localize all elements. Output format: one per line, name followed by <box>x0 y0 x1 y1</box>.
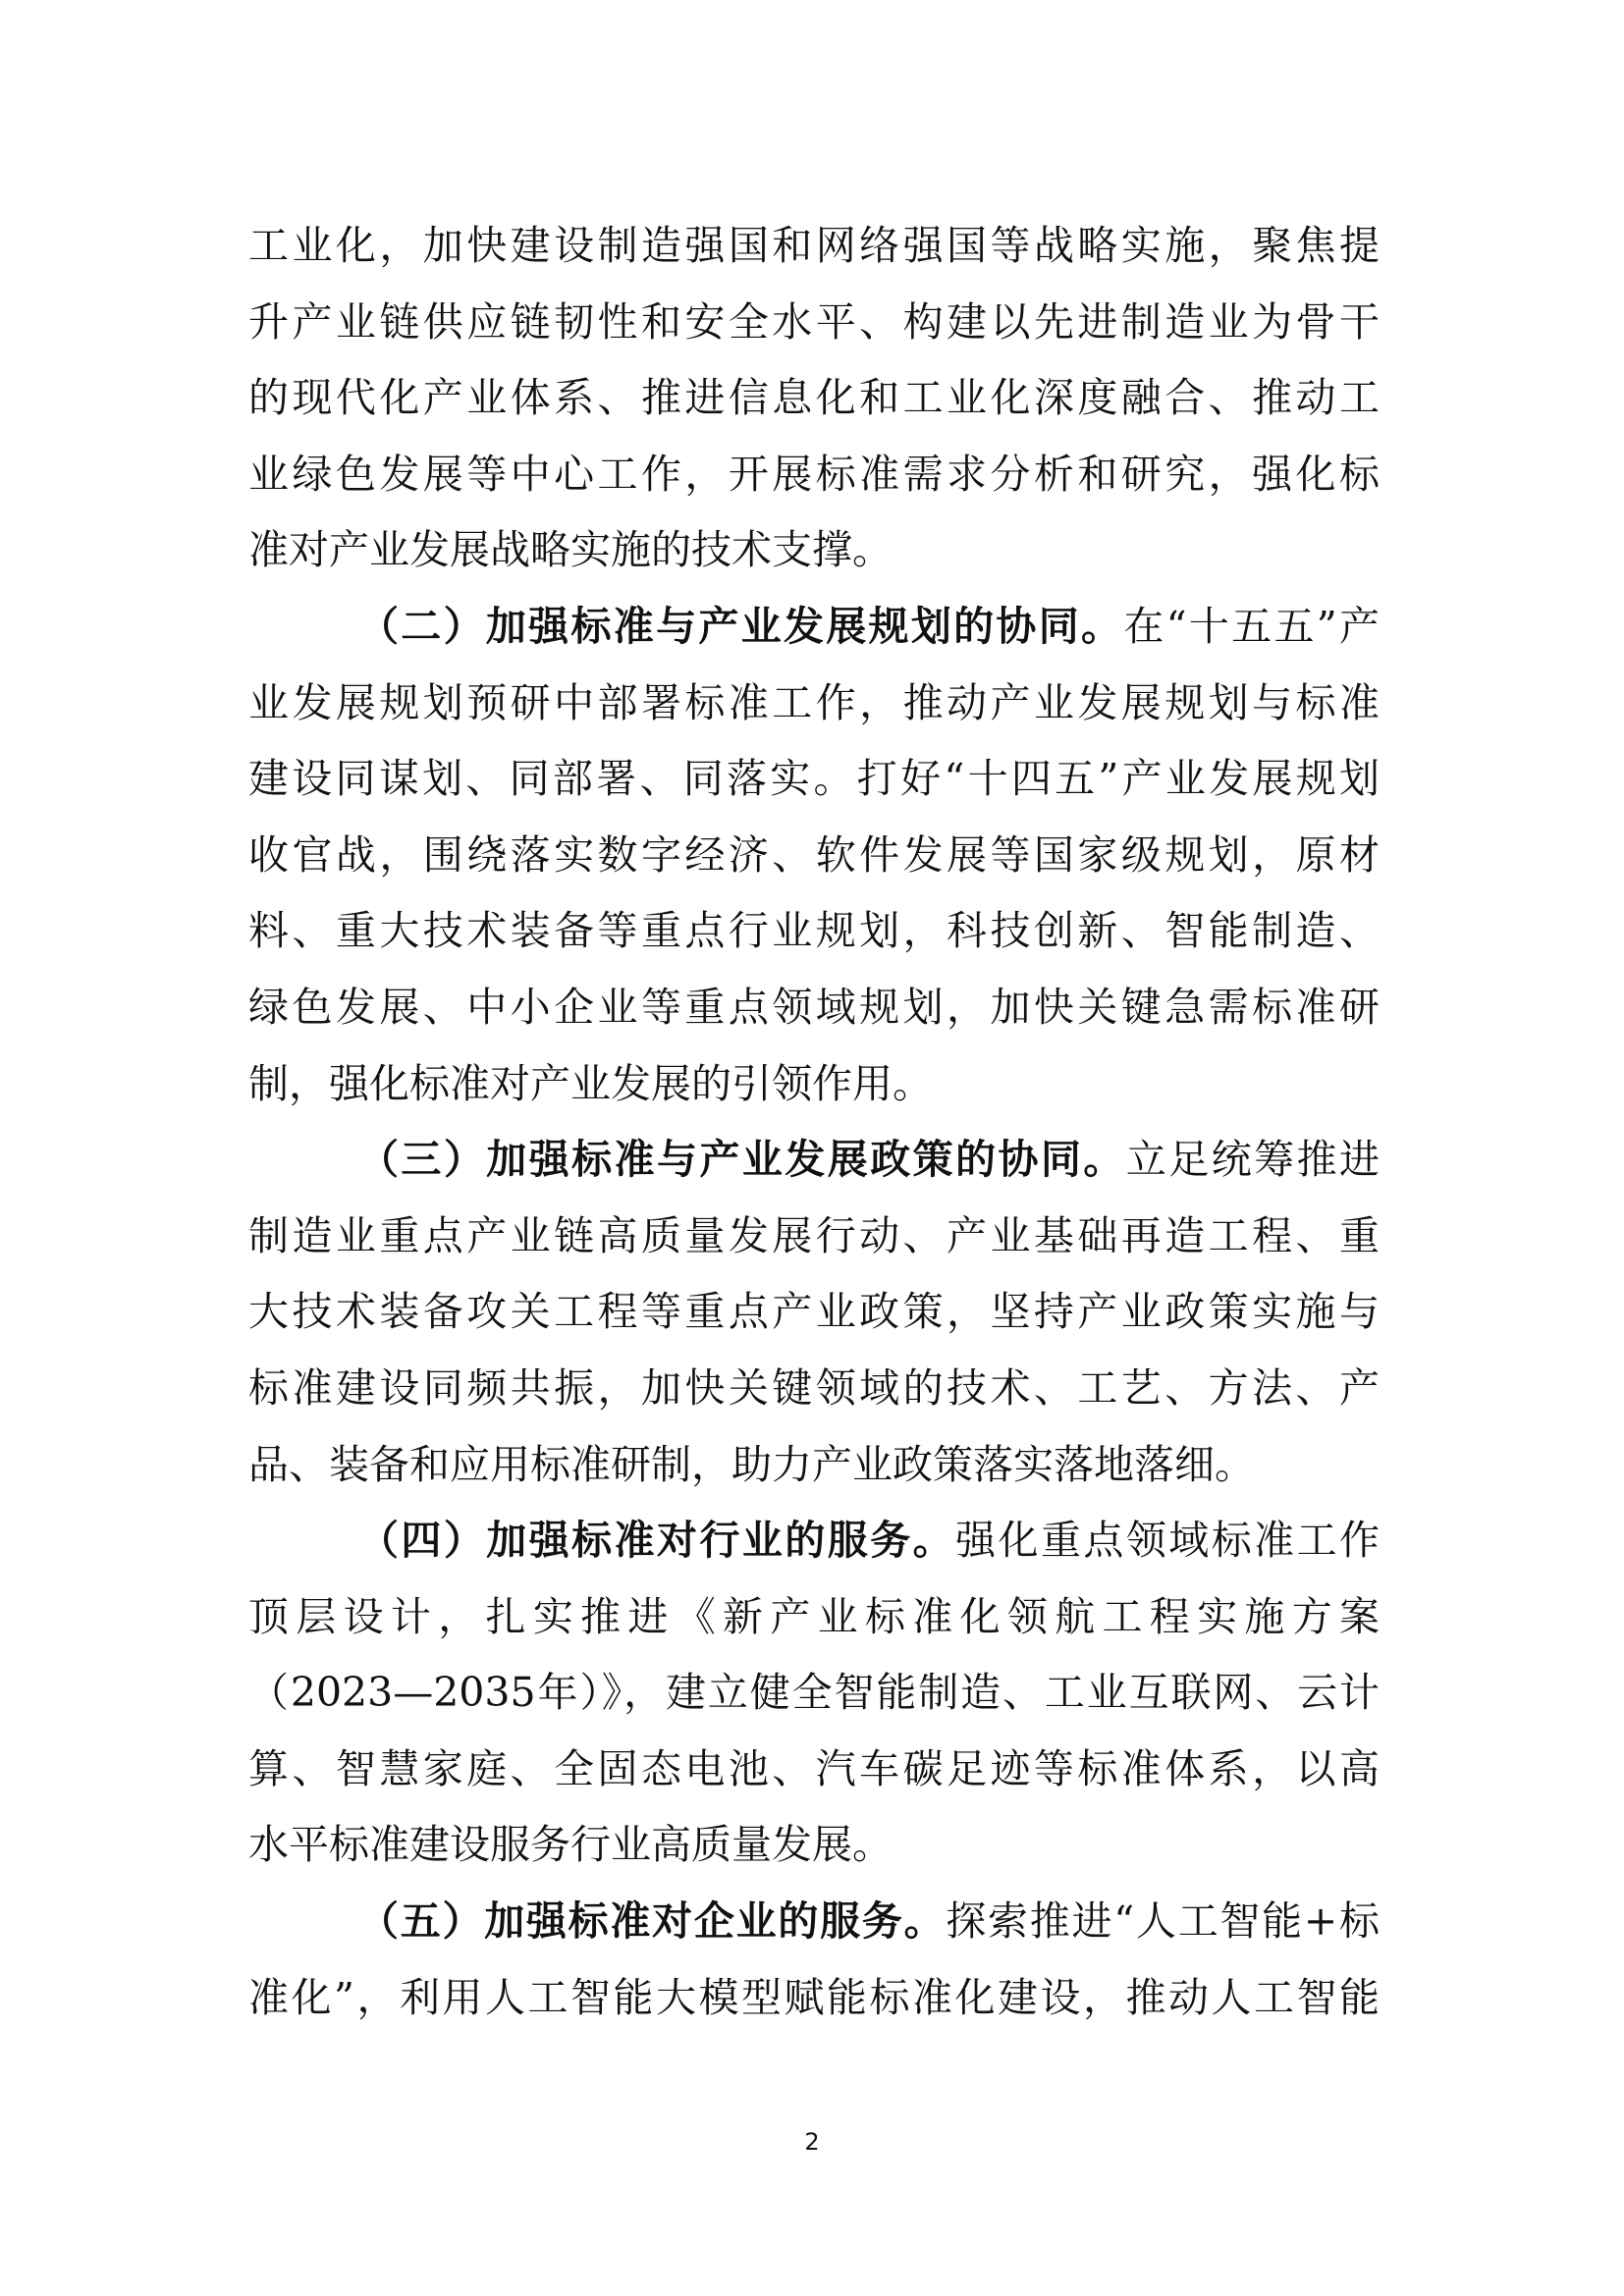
text-line: 标准建设同频共振，加快关键领域的技术、工艺、方法、产 <box>248 1351 1380 1427</box>
text-line: 建设同谋划、同部署、同落实。打好“十四五”产业发展规划 <box>248 741 1380 818</box>
text-line: （2023—2035年）》，建立健全智能制造、工业互联网、云计 <box>248 1655 1380 1732</box>
section-text: 在“十五五”产 <box>1123 603 1380 650</box>
text-line: 业发展规划预研中部署标准工作，推动产业发展规划与标准 <box>248 666 1380 742</box>
section-heading: （五）加强标准对企业的服务。 <box>358 1897 946 1945</box>
text-line: 大技术装备攻关工程等重点产业政策，坚持产业政策实施与 <box>248 1274 1380 1351</box>
text-line: 料、重大技术装备等重点行业规划，科技创新、智能制造、 <box>248 893 1380 970</box>
text-line: 顶层设计，扎实推进《新产业标准化领航工程实施方案 <box>248 1579 1380 1656</box>
section-heading: （二）加强标准与产业发展规划的协同。 <box>358 603 1123 650</box>
section-heading-line: （二）加强标准与产业发展规划的协同。在“十五五”产 <box>248 589 1380 666</box>
section-text: 立足统筹推进 <box>1126 1136 1380 1183</box>
section-text: 探索推进“人工智能+标 <box>946 1897 1380 1945</box>
section-heading: （三）加强标准与产业发展政策的协同。 <box>358 1136 1126 1183</box>
section-heading: （四）加强标准对行业的服务。 <box>358 1517 955 1564</box>
document-body: 工业化，加快建设制造强国和网络强国等战略实施，聚焦提 升产业链供应链韧性和安全水… <box>248 208 1380 2036</box>
page-number: 2 <box>0 2128 1624 2156</box>
text-line: 制造业重点产业链高质量发展行动、产业基础再造工程、重 <box>248 1199 1380 1275</box>
text-line: 升产业链供应链韧性和安全水平、构建以先进制造业为骨干 <box>248 285 1380 361</box>
text-line: 制，强化标准对产业发展的引领作用。 <box>248 1046 1380 1123</box>
section-heading-line: （三）加强标准与产业发展政策的协同。立足统筹推进 <box>248 1122 1380 1199</box>
text-line: 收官战，围绕落实数字经济、软件发展等国家级规划，原材 <box>248 818 1380 894</box>
section-heading-line: （四）加强标准对行业的服务。强化重点领域标准工作 <box>248 1503 1380 1579</box>
text-line: 算、智慧家庭、全固态电池、汽车碳足迹等标准体系，以高 <box>248 1732 1380 1808</box>
text-line: 工业化，加快建设制造强国和网络强国等战略实施，聚焦提 <box>248 208 1380 285</box>
section-text: 强化重点领域标准工作 <box>955 1517 1380 1564</box>
text-line: 准对产业发展战略实施的技术支撑。 <box>248 512 1380 589</box>
text-line: 品、装备和应用标准研制，助力产业政策落实落地落细。 <box>248 1427 1380 1504</box>
document-page: 工业化，加快建设制造强国和网络强国等战略实施，聚焦提 升产业链供应链韧性和安全水… <box>0 0 1624 2296</box>
text-line: 水平标准建设服务行业高质量发展。 <box>248 1807 1380 1884</box>
text-line: 准化”，利用人工智能大模型赋能标准化建设，推动人工智能 <box>248 1960 1380 2037</box>
text-line: 的现代化产业体系、推进信息化和工业化深度融合、推动工 <box>248 360 1380 437</box>
section-heading-line: （五）加强标准对企业的服务。探索推进“人工智能+标 <box>248 1884 1380 1960</box>
text-line: 绿色发展、中小企业等重点领域规划，加快关键急需标准研 <box>248 970 1380 1046</box>
text-line: 业绿色发展等中心工作，开展标准需求分析和研究，强化标 <box>248 437 1380 513</box>
